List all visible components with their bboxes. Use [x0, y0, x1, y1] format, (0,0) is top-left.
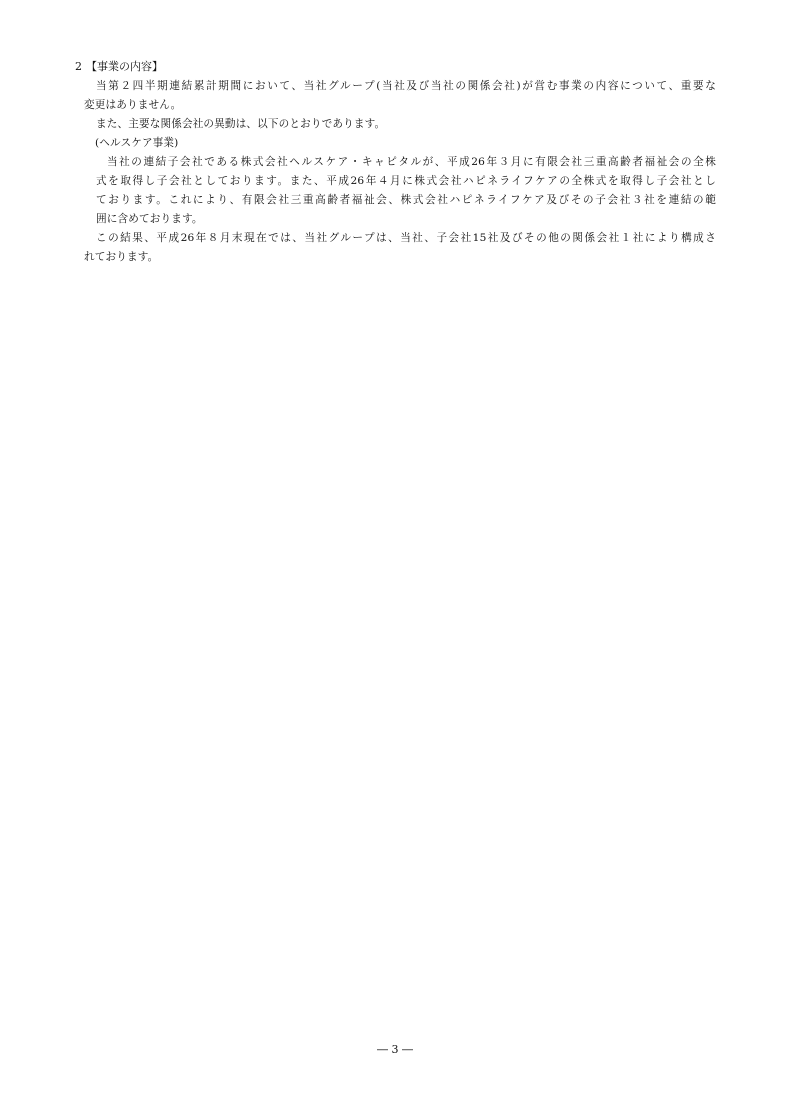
paragraph-line: れております。: [84, 250, 158, 264]
paragraph-line: 式を取得し子会社としております。また、平成26年４月に株式会社ハピネライフケアの…: [96, 174, 716, 188]
paragraph-line: 囲に含めております。: [96, 212, 203, 226]
paragraph-line: 当社の連結子会社である株式会社ヘルスケア・キャピタルが、平成26年３月に有限会社…: [107, 155, 716, 169]
section-title: 【事業の内容】: [86, 60, 163, 74]
section-number: 2: [75, 60, 82, 74]
subheading-healthcare: (ヘルスケア事業): [95, 136, 178, 150]
paragraph-line: 当第２四半期連結累計期間において、当社グループ(当社及び当社の関係会社)が営む事…: [96, 79, 716, 93]
paragraph-line: 変更はありません。: [84, 98, 181, 112]
paragraph-line: この結果、平成26年８月末現在では、当社グループは、当社、子会社15社及びその他…: [96, 231, 716, 245]
paragraph-line: ております。これにより、有限会社三重高齢者福祉会、株式会社ハピネライフケア及びそ…: [96, 193, 716, 207]
paragraph-line: また、主要な関係会社の異動は、以下のとおりであります。: [96, 117, 385, 131]
page-number: ― 3 ―: [0, 1043, 790, 1056]
